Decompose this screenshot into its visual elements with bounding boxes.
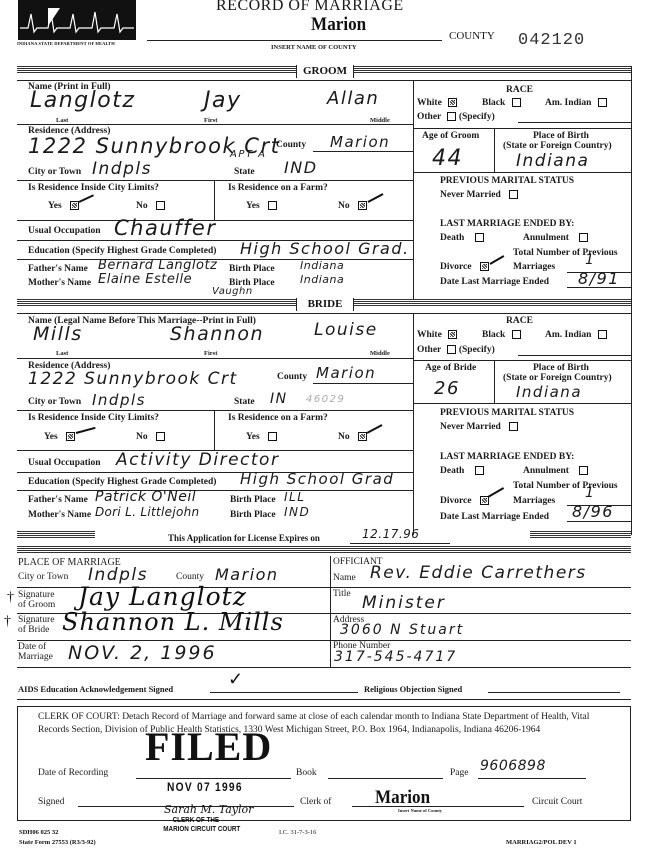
hatch-right bbox=[530, 531, 631, 539]
divider bbox=[17, 699, 631, 700]
groom-farm-yes-checkbox[interactable] bbox=[268, 201, 277, 210]
groom-mother-birthplace[interactable]: Indiana bbox=[300, 273, 344, 286]
state-form: State Form 27553 (R3/3-92) bbox=[19, 839, 96, 846]
bride-farm-yes-checkbox[interactable] bbox=[268, 432, 277, 441]
groom-never-married[interactable]: Never Married bbox=[440, 190, 518, 200]
bride-city-limits-yes[interactable]: Yes bbox=[44, 432, 75, 442]
divider bbox=[413, 360, 631, 361]
groom-race-am-indian-checkbox[interactable] bbox=[598, 98, 607, 107]
bride-city-label: City or Town bbox=[28, 397, 81, 407]
agency-name: INDIANA STATE DEPARTMENT OF HEALTH bbox=[17, 41, 115, 46]
underline bbox=[518, 355, 631, 356]
bride-residence[interactable]: 1222 Sunnybrook Crt bbox=[28, 369, 238, 389]
groom-total-prev[interactable]: 1 bbox=[585, 252, 595, 268]
divider bbox=[17, 313, 631, 314]
bride-pob-sub-label: (State or Foreign Country) bbox=[503, 373, 612, 383]
groom-city-limits-yes-checkbox[interactable] bbox=[70, 201, 79, 210]
divider bbox=[413, 403, 631, 404]
groom-first-name[interactable]: Jay bbox=[204, 88, 242, 113]
bride-race-am-indian-checkbox[interactable] bbox=[598, 330, 607, 339]
right-border bbox=[631, 66, 632, 306]
no-label: No bbox=[136, 201, 148, 211]
never-married-label: Never Married bbox=[440, 422, 501, 432]
bride-father-label: Father's Name bbox=[28, 495, 88, 505]
no-label: No bbox=[338, 201, 350, 211]
divider bbox=[17, 410, 413, 411]
divider bbox=[214, 410, 215, 450]
underline bbox=[136, 778, 291, 779]
death-label: Death bbox=[440, 466, 464, 476]
date-recording[interactable]: NOV 07 1996 bbox=[167, 780, 243, 794]
heartbeat-logo-icon bbox=[18, 0, 136, 40]
bride-father-birthplace-label: Birth Place bbox=[230, 495, 276, 505]
check-mark-icon bbox=[488, 487, 505, 498]
clerk-instructions: CLERK OF COURT: Detach Record of Marriag… bbox=[38, 711, 618, 737]
groom-county[interactable]: Marion bbox=[330, 133, 390, 151]
clerk-stamp-line-1: CLERK OF THE bbox=[173, 817, 220, 824]
bride-first-name[interactable]: Shannon bbox=[170, 323, 264, 345]
groom-pob-sub-label: (State or Foreign Country) bbox=[503, 141, 612, 151]
groom-divorce-checkbox[interactable] bbox=[480, 262, 489, 271]
check-mark-icon bbox=[76, 427, 96, 434]
bride-age-label: Age of Bride bbox=[425, 363, 476, 373]
bride-farm-no[interactable]: No bbox=[338, 432, 367, 442]
signed-label: Signed bbox=[38, 797, 64, 807]
underline bbox=[518, 122, 631, 123]
bride-prev-status-label: PREVIOUS MARITAL STATUS bbox=[440, 408, 574, 418]
bride-occupation-label: Usual Occupation bbox=[28, 458, 101, 468]
bride-race-black-checkbox[interactable] bbox=[512, 330, 521, 339]
hatch-bar bbox=[17, 546, 631, 554]
check-mark-icon bbox=[368, 193, 384, 203]
ic-reference: I.C. 31-7-3-16 bbox=[279, 829, 316, 836]
groom-pob[interactable]: Indiana bbox=[516, 151, 589, 171]
groom-death[interactable]: Death bbox=[440, 233, 484, 243]
groom-residence-apt[interactable]: APT A bbox=[230, 149, 267, 160]
groom-race-label: RACE bbox=[506, 85, 533, 95]
bride-occupation[interactable]: Activity Director bbox=[116, 450, 279, 470]
marriage-date[interactable]: NOV. 2, 1996 bbox=[68, 642, 217, 664]
county-label: COUNTY bbox=[449, 30, 495, 42]
bride-farm-question: Is Residence on a Farm? bbox=[228, 413, 328, 423]
bride-city[interactable]: Indpls bbox=[92, 391, 146, 409]
groom-state[interactable]: IND bbox=[284, 158, 318, 177]
header-county-value: Marion bbox=[311, 14, 366, 36]
bride-race-other[interactable]: Other (Specify) bbox=[417, 345, 495, 355]
bride-never-married-checkbox[interactable] bbox=[509, 422, 518, 431]
groom-city-limits-no-checkbox[interactable] bbox=[156, 201, 165, 210]
specify-label: (Specify) bbox=[459, 112, 495, 122]
groom-state-label: State bbox=[234, 167, 255, 177]
bride-city-limits-no[interactable]: No bbox=[136, 432, 165, 442]
officiant-address[interactable]: 3060 N Stuart bbox=[340, 622, 464, 638]
clerk-of-label: Clerk of bbox=[300, 797, 331, 807]
aids-ack-check[interactable]: ✓ bbox=[228, 669, 243, 690]
groom-annulment-checkbox[interactable] bbox=[579, 233, 588, 242]
bride-county-label: County bbox=[277, 372, 307, 382]
form-title: RECORD OF MARRIAGE bbox=[216, 0, 404, 15]
county-underline bbox=[147, 40, 442, 41]
bride-total-prev-label: Total Number of Previous bbox=[513, 481, 618, 491]
bride-age[interactable]: 26 bbox=[434, 378, 460, 399]
label-line: Signature bbox=[18, 590, 55, 600]
bride-right-column-divider bbox=[413, 313, 414, 535]
yes-label: Yes bbox=[44, 432, 58, 442]
bride-city-limits-no-checkbox[interactable] bbox=[156, 432, 165, 441]
groom-education-label: Education (Specify Highest Grade Complet… bbox=[28, 246, 216, 256]
bride-race-white[interactable]: White bbox=[417, 330, 457, 340]
groom-date-last[interactable]: 8/91 bbox=[578, 269, 620, 288]
groom-city-limits-question: Is Residence Inside City Limits? bbox=[28, 183, 159, 193]
groom-father-label: Father's Name bbox=[28, 264, 88, 274]
bride-race-other-checkbox[interactable] bbox=[447, 345, 456, 354]
divider bbox=[17, 640, 631, 641]
yes-label: Yes bbox=[48, 201, 62, 211]
bride-state-label: State bbox=[234, 397, 255, 407]
officiant-title[interactable]: Minister bbox=[362, 593, 446, 613]
divorce-label: Divorce bbox=[440, 496, 471, 506]
race-am-indian-label: Am. Indian bbox=[545, 330, 591, 340]
bride-education-label: Education (Specify Highest Grade Complet… bbox=[28, 477, 216, 487]
groom-farm-no[interactable]: No bbox=[338, 201, 367, 211]
label-line: Signature bbox=[18, 615, 54, 625]
last-label: Last bbox=[56, 117, 68, 124]
label-line: of Groom bbox=[18, 600, 55, 610]
bride-race-am-indian[interactable]: Am. Indian bbox=[545, 330, 607, 340]
groom-farm-question: Is Residence on a Farm? bbox=[228, 183, 328, 193]
middle-label: Middle bbox=[370, 350, 390, 357]
bride-section-title: BRIDE bbox=[296, 298, 354, 311]
bride-father[interactable]: Patrick O'Neil bbox=[95, 489, 196, 505]
form-code: SDH06 025 32 bbox=[19, 829, 58, 836]
groom-race-white-checkbox[interactable] bbox=[448, 98, 457, 107]
sign-here-mark-icon: † bbox=[4, 614, 11, 630]
bride-mother-birthplace-label: Birth Place bbox=[230, 510, 276, 520]
groom-signature[interactable]: Jay Langlotz bbox=[78, 582, 247, 611]
bride-middle-name[interactable]: Louise bbox=[314, 320, 378, 340]
officiant-name-label: Name bbox=[333, 573, 356, 583]
race-black-label: Black bbox=[482, 98, 505, 108]
race-white-label: White bbox=[417, 330, 442, 340]
groom-ended-by-label: LAST MARRIAGE ENDED BY: bbox=[440, 219, 574, 229]
underline bbox=[328, 778, 443, 779]
groom-city-limits-yes[interactable]: Yes bbox=[48, 201, 79, 211]
no-label: No bbox=[338, 432, 350, 442]
middle-label: Middle bbox=[370, 117, 390, 124]
isdh-logo bbox=[18, 0, 136, 40]
clerk-stamp-line-2: MARION CIRCUIT COURT bbox=[163, 826, 240, 833]
filed-stamp: FILED bbox=[145, 723, 272, 770]
bride-annulment[interactable]: Annulment bbox=[523, 466, 588, 476]
divider bbox=[330, 556, 331, 668]
clerk-signature[interactable]: Sarah M. Taylor bbox=[164, 803, 253, 816]
place-city-label: City or Town bbox=[18, 572, 68, 582]
bride-state[interactable]: IN bbox=[270, 391, 288, 407]
yes-label: Yes bbox=[246, 432, 260, 442]
license-expires-label: This Application for License Expires on bbox=[168, 533, 320, 543]
label-line: of Bride bbox=[18, 625, 54, 635]
underline bbox=[210, 692, 358, 693]
groom-race-am-indian[interactable]: Am. Indian bbox=[545, 98, 607, 108]
bride-signature[interactable]: Shannon L. Mills bbox=[62, 608, 284, 636]
last-label: Last bbox=[56, 350, 68, 357]
bride-mother-birthplace[interactable]: IND bbox=[284, 505, 310, 519]
check-mark-icon bbox=[367, 424, 383, 434]
race-am-indian-label: Am. Indian bbox=[545, 98, 591, 108]
religious-objection-label: Religious Objection Signed bbox=[364, 684, 462, 694]
race-black-label: Black bbox=[482, 330, 505, 340]
divider bbox=[413, 128, 631, 129]
underline bbox=[350, 543, 450, 544]
groom-city-limits-no[interactable]: No bbox=[136, 201, 165, 211]
groom-mother-label: Mother's Name bbox=[28, 278, 91, 288]
page-label: Page bbox=[450, 768, 468, 778]
bride-county[interactable]: Marion bbox=[316, 364, 376, 382]
groom-father-birthplace-label: Birth Place bbox=[229, 264, 275, 274]
marriage-date-label: Date of Marriage bbox=[18, 642, 53, 662]
bride-zip[interactable]: 46029 bbox=[306, 394, 345, 405]
groom-farm-yes[interactable]: Yes bbox=[246, 201, 277, 211]
groom-education[interactable]: High School Grad. bbox=[240, 239, 410, 258]
bride-last-name[interactable]: Mills bbox=[33, 323, 83, 345]
divider bbox=[17, 358, 413, 359]
divider bbox=[17, 124, 413, 125]
groom-middle-name[interactable]: Allan bbox=[327, 88, 379, 109]
county-hint: INSERT NAME OF COUNTY bbox=[271, 44, 357, 51]
divider bbox=[17, 180, 413, 181]
bride-pob-label: Place of Birth bbox=[533, 363, 589, 373]
officiant-phone[interactable]: 317-545-4717 bbox=[334, 649, 457, 665]
officiant-name[interactable]: Rev. Eddie Carrethers bbox=[370, 563, 587, 583]
groom-section-title: GROOM bbox=[296, 65, 354, 78]
bride-total-prev[interactable]: 1 bbox=[585, 485, 595, 501]
groom-right-column-divider bbox=[413, 80, 414, 305]
date-recording-label: Date of Recording bbox=[38, 768, 108, 778]
system-code: MARRIAG2/POL DEV 1 bbox=[506, 839, 577, 846]
label-line: Date of bbox=[18, 642, 53, 652]
groom-father-birthplace[interactable]: Indiana bbox=[300, 259, 344, 272]
groom-occupation[interactable]: Chauffer bbox=[114, 216, 217, 240]
groom-last-name[interactable]: Langlotz bbox=[30, 88, 135, 113]
page-value[interactable]: 9606898 bbox=[480, 758, 546, 774]
underline bbox=[352, 806, 524, 807]
groom-farm-no-checkbox[interactable] bbox=[358, 201, 367, 210]
divider bbox=[494, 360, 495, 403]
groom-prev-status-label: PREVIOUS MARITAL STATUS bbox=[440, 176, 574, 186]
race-other-label: Other bbox=[417, 112, 441, 122]
divider bbox=[17, 667, 631, 668]
bride-farm-no-checkbox[interactable] bbox=[358, 432, 367, 441]
specify-label: (Specify) bbox=[459, 345, 495, 355]
bride-date-last-label: Date Last Marriage Ended bbox=[440, 512, 549, 522]
bride-city-limits-question: Is Residence Inside City Limits? bbox=[28, 413, 159, 423]
race-white-label: White bbox=[417, 98, 442, 108]
groom-marriages-label: Marriages bbox=[513, 262, 555, 272]
groom-divorce[interactable]: Divorce bbox=[440, 262, 489, 272]
groom-age[interactable]: 44 bbox=[432, 146, 463, 171]
groom-date-last-label: Date Last Marriage Ended bbox=[440, 277, 549, 287]
record-number: 042120 bbox=[518, 31, 585, 50]
divider bbox=[413, 172, 631, 173]
groom-county-label: County bbox=[276, 140, 306, 150]
groom-mother[interactable]: Elaine Estelle bbox=[98, 272, 192, 287]
groom-father[interactable]: Bernard Langlotz bbox=[98, 258, 217, 273]
sign-here-mark-icon: † bbox=[7, 590, 14, 606]
death-label: Death bbox=[440, 233, 464, 243]
bride-annulment-checkbox[interactable] bbox=[579, 466, 588, 475]
groom-race-black-checkbox[interactable] bbox=[512, 98, 521, 107]
groom-race-black[interactable]: Black bbox=[482, 98, 521, 108]
groom-occupation-label: Usual Occupation bbox=[28, 226, 101, 236]
check-mark-icon bbox=[79, 194, 94, 203]
bride-divorce[interactable]: Divorce bbox=[440, 496, 489, 506]
groom-signature-label: Signature of Groom bbox=[18, 590, 55, 610]
bride-death[interactable]: Death bbox=[440, 466, 484, 476]
right-border bbox=[631, 299, 632, 535]
groom-death-checkbox[interactable] bbox=[475, 233, 484, 242]
bride-city-limits-yes-checkbox[interactable] bbox=[66, 432, 75, 441]
officiant-title-label: Title bbox=[333, 589, 351, 599]
bride-date-last[interactable]: 8/96 bbox=[572, 502, 614, 521]
bride-death-checkbox[interactable] bbox=[475, 466, 484, 475]
groom-mother-birthplace-label: Birth Place bbox=[229, 278, 275, 288]
divider bbox=[494, 128, 495, 172]
no-label: No bbox=[136, 432, 148, 442]
underline bbox=[313, 383, 413, 384]
place-county-label: County bbox=[176, 572, 204, 582]
groom-annulment[interactable]: Annulment bbox=[523, 233, 588, 243]
bride-education[interactable]: High School Grad bbox=[240, 470, 394, 488]
license-expires[interactable]: 12.17.96 bbox=[362, 527, 419, 541]
groom-race-white[interactable]: White bbox=[417, 98, 457, 108]
bride-race-label: RACE bbox=[506, 316, 533, 326]
underline bbox=[567, 287, 631, 288]
divorce-label: Divorce bbox=[440, 262, 471, 272]
divider bbox=[214, 180, 215, 220]
aids-ack-label: AIDS Education Acknowledgement Signed bbox=[18, 684, 173, 694]
bride-race-black[interactable]: Black bbox=[482, 330, 521, 340]
divider bbox=[17, 490, 413, 491]
underline bbox=[478, 778, 586, 779]
underline bbox=[313, 151, 413, 152]
book-label: Book bbox=[296, 768, 317, 778]
groom-city-label: City or Town bbox=[28, 167, 81, 177]
bride-race-white-checkbox[interactable] bbox=[448, 330, 457, 339]
check-mark-icon bbox=[490, 255, 505, 265]
bride-signature-label: Signature of Bride bbox=[18, 615, 54, 635]
never-married-label: Never Married bbox=[440, 190, 501, 200]
race-other-label: Other bbox=[417, 345, 441, 355]
groom-pob-label: Place of Birth bbox=[533, 131, 589, 141]
bride-mother[interactable]: Dori L. Littlejohn bbox=[95, 505, 199, 519]
hatch-left bbox=[17, 531, 95, 539]
bride-ended-by-label: LAST MARRIAGE ENDED BY: bbox=[440, 452, 574, 462]
underline bbox=[488, 692, 620, 693]
label-line: Marriage bbox=[18, 652, 53, 662]
clerk-of-hint: Insert Name of County bbox=[398, 808, 442, 813]
first-label: First bbox=[204, 117, 217, 124]
groom-race-other[interactable]: Other (Specify) bbox=[417, 112, 495, 122]
annulment-label: Annulment bbox=[523, 466, 569, 476]
bride-farm-yes[interactable]: Yes bbox=[246, 432, 277, 442]
divider bbox=[17, 80, 631, 81]
first-label: First bbox=[204, 350, 217, 357]
bride-marriages-label: Marriages bbox=[513, 496, 555, 506]
bride-pob[interactable]: Indiana bbox=[516, 383, 582, 401]
bride-father-birthplace[interactable]: ILL bbox=[284, 490, 305, 504]
groom-city[interactable]: Indpls bbox=[92, 159, 152, 179]
bride-never-married[interactable]: Never Married bbox=[440, 422, 518, 432]
groom-race-other-checkbox[interactable] bbox=[447, 112, 456, 121]
groom-total-prev-label: Total Number of Previous bbox=[513, 248, 618, 258]
bride-mother-label: Mother's Name bbox=[28, 510, 91, 520]
annulment-label: Annulment bbox=[523, 233, 569, 243]
underline bbox=[567, 521, 631, 522]
groom-never-married-checkbox[interactable] bbox=[509, 190, 518, 199]
circuit-court-label: Circuit Court bbox=[532, 797, 582, 807]
groom-age-label: Age of Groom bbox=[422, 131, 479, 141]
yes-label: Yes bbox=[246, 201, 260, 211]
